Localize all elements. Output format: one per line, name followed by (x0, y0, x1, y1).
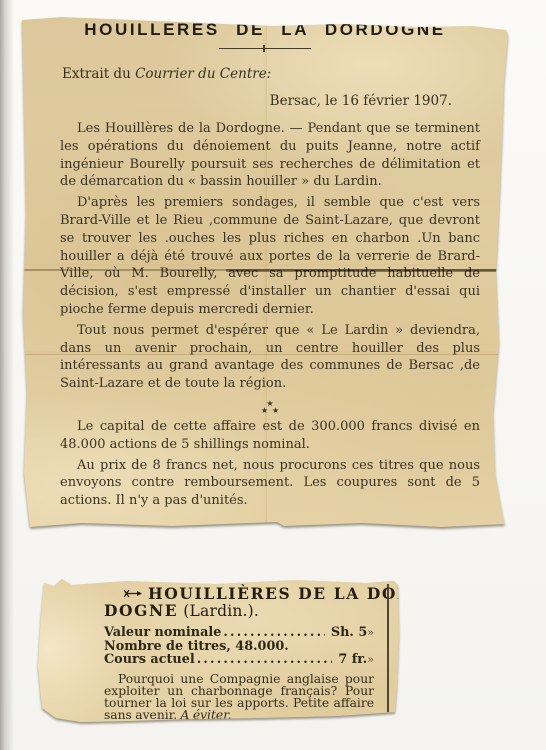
clipping-verdict: A éviter. (181, 708, 232, 722)
clipping-quote-table: Valeur nominale ........................… (104, 626, 374, 667)
dateline: Bersac, le 16 février 1907. (22, 93, 452, 109)
paragraph-prix: Au prix de 8 francs net, nous procurons … (60, 457, 480, 510)
paragraph-sondages: D'après les premiers sondages, il semble… (60, 194, 480, 319)
row-unit: » (367, 626, 374, 640)
arrow-dingbat-icon (124, 589, 142, 598)
clipping-title-lardin: (Lardin.). (178, 602, 259, 620)
clipping-paper: HOUILLIÈRES DE LA DOR- DOGNE (Lardin.). … (36, 576, 400, 722)
title-rule (219, 48, 311, 49)
leader-dots: ........................................… (223, 626, 325, 640)
document-title: HOUILLERES DE LA DORDOGNE (32, 20, 498, 40)
paragraph-operations: Les Houillères de la Dordogne. — Pendant… (60, 120, 480, 191)
row-label: Nombre de titres, 48.000. (104, 640, 289, 654)
row-label: Cours actuel (104, 653, 195, 667)
clipping-content: HOUILLIÈRES DE LA DOR- DOGNE (Lardin.). … (36, 576, 400, 721)
row-unit: » (367, 653, 374, 667)
clipping-title-line2: DOGNE (Lardin.). (104, 602, 374, 620)
table-row-cours-actuel: Cours actuel ...........................… (104, 653, 374, 667)
clipping-commentary-text: Pourquoi une Compagnie anglaise pour exp… (104, 672, 374, 722)
paragraph-avenir: Tout nous permet d'espérer que « Le Lard… (60, 322, 480, 393)
row-value: 7 fr. (338, 653, 367, 667)
leader-dots: ........................................… (197, 653, 333, 667)
clipping-title-text1: HOUILLIÈRES DE LA DOR- (148, 584, 420, 603)
document-body: Les Houillères de la Dordogne. — Pendant… (22, 109, 508, 510)
extrait-prefix: Extrait du (62, 66, 135, 82)
clipping-column-rule (387, 584, 389, 712)
asterism-separator: ★ ★★ (60, 400, 480, 415)
clipping-title-line1: HOUILLIÈRES DE LA DOR- (104, 585, 374, 602)
clipping-title-text2-bold: DOGNE (104, 601, 178, 620)
clipping-commentary: Pourquoi une Compagnie anglaise pour exp… (104, 674, 374, 722)
paragraph-capital: Le capital de cette affaire est de 300.0… (60, 418, 480, 454)
main-letter-wrap: HOUILLERES DE LA DORDOGNE Extrait du Cou… (22, 13, 508, 527)
row-value: Sh. 5 (331, 626, 367, 640)
asterism-stars-bottom: ★★ (60, 407, 480, 415)
main-letter-paper: HOUILLERES DE LA DORDOGNE Extrait du Cou… (22, 13, 508, 527)
clipping-title: HOUILLIÈRES DE LA DOR- DOGNE (Lardin.). (104, 585, 374, 620)
table-row-valeur-nominale: Valeur nominale ........................… (104, 626, 374, 640)
clipping-wrap: HOUILLIÈRES DE LA DOR- DOGNE (Lardin.). … (36, 576, 400, 722)
extrait-source: Courrier du Centre: (135, 66, 271, 82)
table-row-nombre-titres: Nombre de titres, 48.000. (104, 640, 374, 654)
scan-edge-shadow (0, 0, 14, 750)
row-label: Valeur nominale (104, 626, 221, 640)
extrait-line: Extrait du Courrier du Centre: (62, 66, 508, 82)
